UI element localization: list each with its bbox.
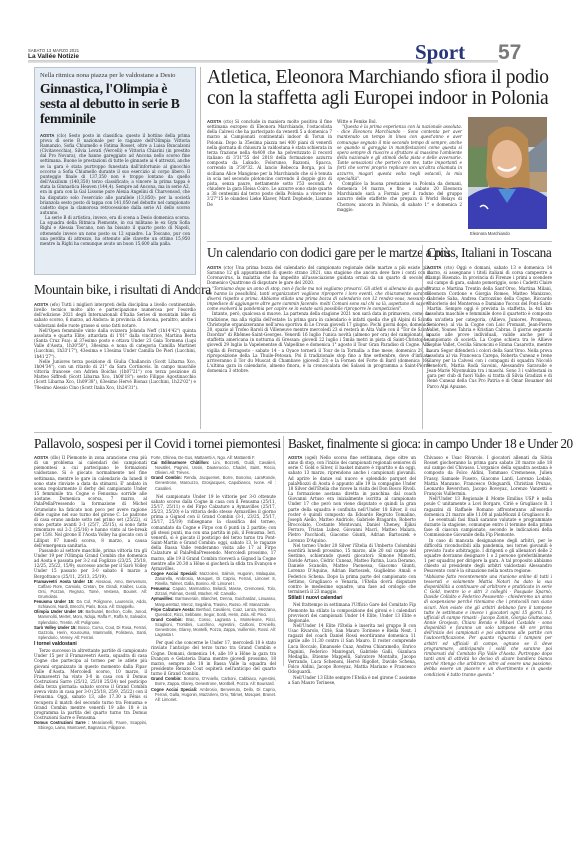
cross-article: Cross, Italiani in Toscana AOSTA (cto) O… <box>427 245 552 389</box>
column-divider <box>283 436 284 666</box>
atletica-headline: Atletica, Eleonora Marchiando sfiora il … <box>207 67 552 109</box>
page-number: 57 <box>498 41 521 65</box>
calendario-article: Un calendario con dodici gare per le mar… <box>207 245 430 373</box>
roster-item: Grand Combin: Bonomo, D'Aniello, Carboni… <box>151 676 276 686</box>
athlete-photo <box>468 117 547 229</box>
roster-item: Cogne Acciai Speciali: Ambrosio, Benvenu… <box>151 687 276 702</box>
cross-headline: Cross, Italiani in Toscana <box>427 245 552 261</box>
section-title: Sport <box>415 40 465 65</box>
roster-item: Sarò Volley Under 15: Bosco, Corso, Cout… <box>34 625 147 640</box>
roster-item: Olimpia Under Under 19: Barbuatel, Becho… <box>34 609 147 624</box>
mountain-bike-body: AOSTA (efo) Tutti i migliori interpreti … <box>34 302 196 390</box>
atletica-col2: Witte e Femke Bol. "Questa è la prima es… <box>337 119 462 212</box>
athlete-portrait-image <box>468 117 547 229</box>
calendario-body: AOSTA (cto) Una prima bozza del calendar… <box>207 265 430 373</box>
roster-item: Framaveetri Aosta Under 15: Aissaoui, Am… <box>34 579 147 599</box>
newspaper-name: La Vallée Notizie <box>28 53 79 60</box>
basket-col2: Chivasso e Usac Rivarolo. I giocatori al… <box>424 455 552 677</box>
pallavolo-col2: Forte, Ghinea, De Gus, Mattaretti A, Ngo… <box>151 455 276 702</box>
roster-item: Fenusma: Caputo, Marmartino, Belardi, Ma… <box>151 586 276 596</box>
roster-item: Fenusma Under 15: Da Col, Polignone, Lau… <box>34 599 147 609</box>
roster-item: Cogne Acciai Speciali: Mazzoleni, Salmin… <box>151 571 276 586</box>
calendario-headline: Un calendario con dodici gare per le mar… <box>207 245 430 261</box>
pallavolo-subhead: I tornei valdostani <box>34 642 147 647</box>
pallavolo-headline: Pallavolo, sospesi per il Covid i tornei… <box>34 436 281 452</box>
basket-headline: Basket, finalmente si gioca: in campo Un… <box>288 436 573 452</box>
mountain-bike-article: Mountain bike, i risultati di Andora AOS… <box>34 282 196 390</box>
cross-body: AOSTA (cto) Oggi e domani, sabato 13 e d… <box>427 265 552 389</box>
roster-item: Grand Combin: Renda, Jacquemet, Borre, B… <box>151 475 276 490</box>
atletica-col1: AOSTA (cto) Si conclude in maniera molto… <box>207 119 332 207</box>
basket-subhead: Stilati i nuovi calendari <box>288 596 416 601</box>
ginnastica-article: Nella ritmica nona piazza per le valdost… <box>34 67 196 275</box>
section-rule <box>207 241 552 242</box>
pallavolo-col1: AOSTA (dlo) Il Piemonte in zona arancion… <box>34 455 147 730</box>
ginnastica-body: AOSTA (clo) Sesto posto in classifica: q… <box>40 133 190 246</box>
roster-item: Firpo Calzature Aosta: Berthod, Cavalier… <box>151 607 276 617</box>
roster-list: Framaveetri Aosta Under 15: Aissaoui, Am… <box>34 579 147 640</box>
photo-caption: Eleonora Marchiando <box>470 231 510 236</box>
column-divider <box>200 67 201 429</box>
section-rule <box>34 432 552 433</box>
basket-col1: AOSTA (ogel) Nello scorso fine settimana… <box>288 455 416 685</box>
roster-item: Domus Costruzioni Sarre : Meacianelli, F… <box>34 720 147 730</box>
ginnastica-kicker: Nella ritmica nona piazza per le valdost… <box>40 72 190 79</box>
ginnastica-headline: Ginnastica, l'Olimpia è sesta al debutto… <box>40 81 190 127</box>
roster-item: Aymavilles: Barmaverain, Blanchet, Denna… <box>151 596 276 606</box>
column-divider <box>422 245 423 429</box>
roster-item: Cai Edilmarmore Châtillon: Lini, Bozzett… <box>151 460 276 475</box>
roster-item: Grand Combin: Brac, Conso, Lagrasta L, M… <box>151 617 276 637</box>
mountain-bike-headline: Mountain bike, i risultati di Andora <box>34 282 196 298</box>
atletica-article: Atletica, Eleonora Marchiando sfiora il … <box>207 67 552 109</box>
